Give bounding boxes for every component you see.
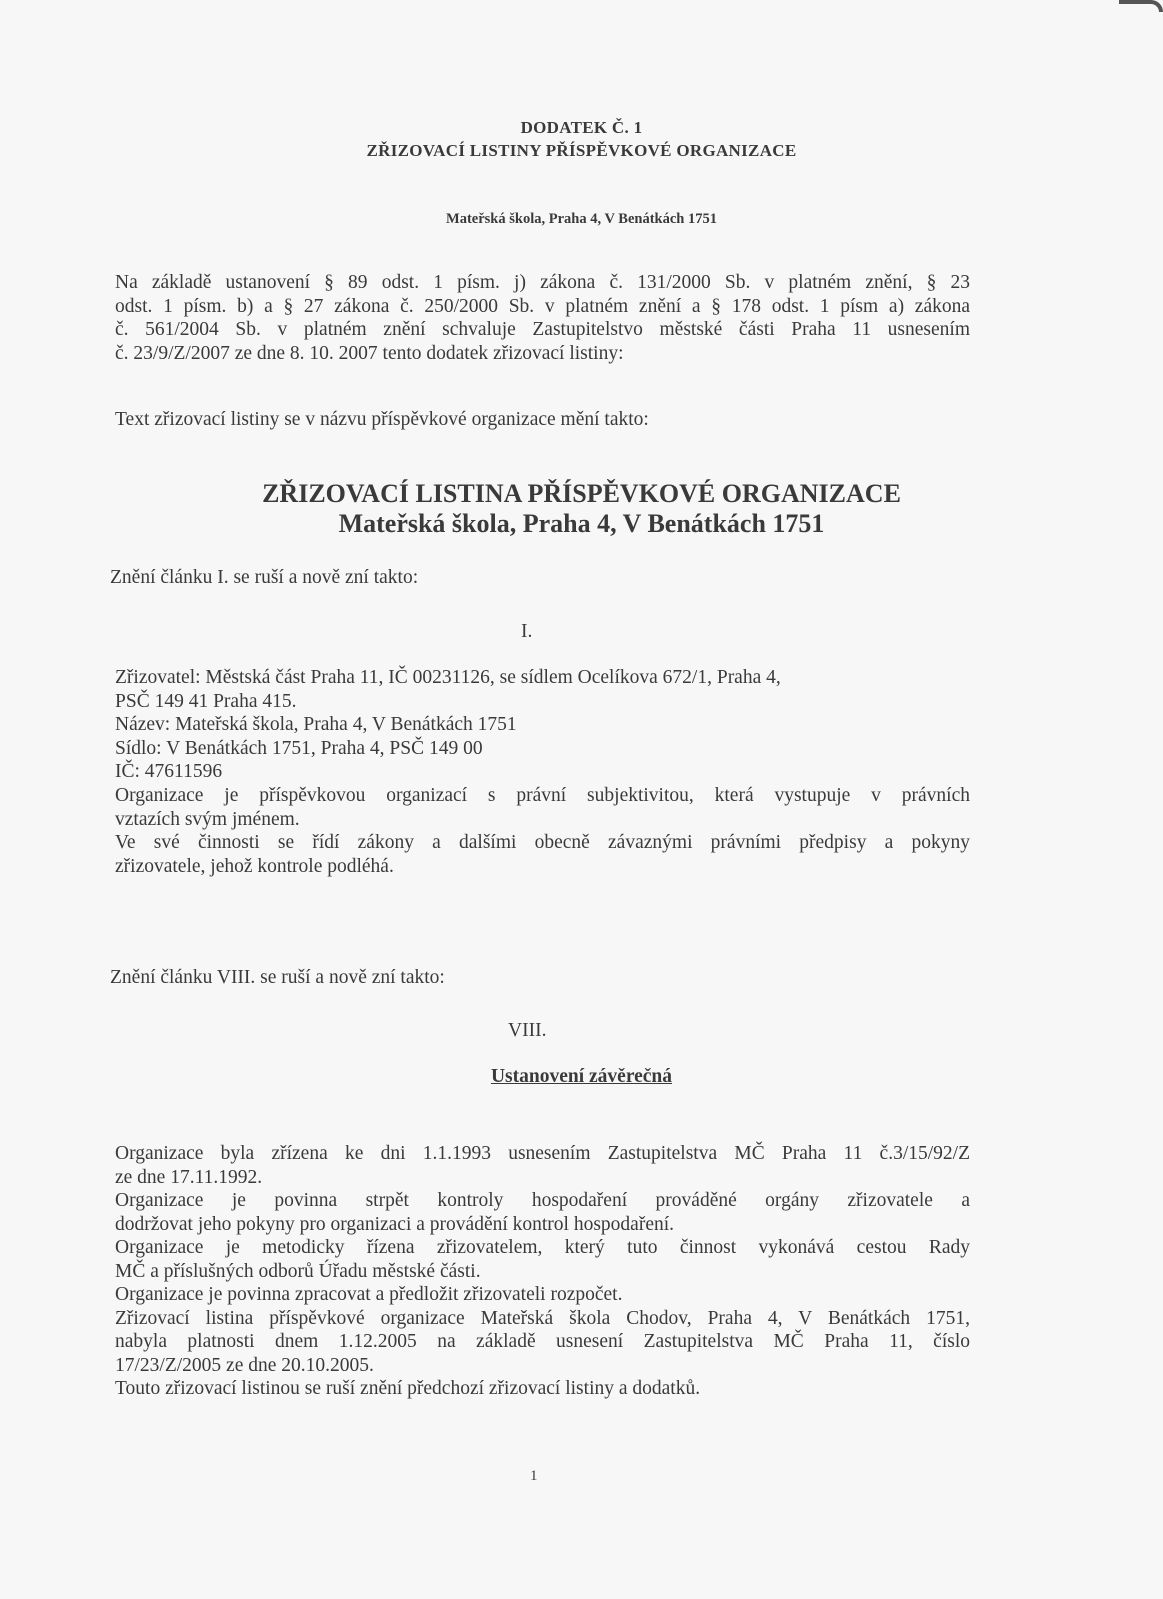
article1-line: Název: Mateřská škola, Praha 4, V Benátk… bbox=[115, 713, 895, 737]
article1-numeral: I. bbox=[521, 621, 532, 643]
article8-line: Touto zřizovací listinou se ruší znění p… bbox=[115, 1377, 970, 1401]
addendum-subtitle: ZŘIZOVACÍ LISTINY PŘÍSPĚVKOVÉ ORGANIZACE bbox=[0, 141, 1163, 161]
article8-numeral: VIII. bbox=[508, 1020, 546, 1042]
article8-line: nabyla platnosti dnem 1.12.2005 na zákla… bbox=[115, 1330, 970, 1354]
article1-body-cont: Organizace je příspěvkovou organizací s … bbox=[115, 784, 970, 878]
article8-line: Organizace je povinna strpět kontroly ho… bbox=[115, 1189, 970, 1213]
article8-line: dodržovat jeho pokyny pro organizaci a p… bbox=[115, 1213, 970, 1237]
addendum-title: DODATEK Č. 1 bbox=[0, 118, 1163, 138]
new-title-line1: ZŘIZOVACÍ LISTINA PŘÍSPĚVKOVÉ ORGANIZACE bbox=[0, 478, 1163, 510]
article8-line: ze dne 17.11.1992. bbox=[115, 1166, 970, 1190]
article1-line: Organizace je příspěvkovou organizací s … bbox=[115, 784, 970, 808]
school-name: Mateřská škola, Praha 4, V Benátkách 175… bbox=[0, 211, 1163, 228]
article8-heading: Ustanovení závěrečná bbox=[0, 1066, 1163, 1088]
name-change-note: Text zřizovací listiny se v názvu příspě… bbox=[115, 408, 649, 432]
article1-line: IČ: 47611596 bbox=[115, 760, 895, 784]
article8-line: 17/23/Z/2005 ze dne 20.10.2005. bbox=[115, 1354, 970, 1378]
intro-paragraph: Na základě ustanovení § 89 odst. 1 písm.… bbox=[115, 271, 970, 365]
article1-line: Sídlo: V Benátkách 1751, Praha 4, PSČ 14… bbox=[115, 737, 895, 761]
intro-line: č. 561/2004 Sb. v platném znění schvaluj… bbox=[115, 318, 970, 342]
intro-line: č. 23/9/Z/2007 ze dne 8. 10. 2007 tento … bbox=[115, 342, 970, 366]
intro-line: odst. 1 písm. b) a § 27 zákona č. 250/20… bbox=[115, 295, 970, 319]
article8-body: Organizace byla zřízena ke dni 1.1.1993 … bbox=[115, 1142, 970, 1401]
article8-line: Zřizovací listina příspěvkové organizace… bbox=[115, 1307, 970, 1331]
article1-line: Zřizovatel: Městská část Praha 11, IČ 00… bbox=[115, 666, 895, 690]
page-corner-edge bbox=[1119, 0, 1163, 12]
article8-line: Organizace je povinna zpracovat a předlo… bbox=[115, 1283, 970, 1307]
article1-line: PSČ 149 41 Praha 415. bbox=[115, 690, 895, 714]
article1-intro: Znění článku I. se ruší a nově zní takto… bbox=[110, 566, 418, 590]
article8-intro: Znění článku VIII. se ruší a nově zní ta… bbox=[110, 966, 445, 990]
intro-line: Na základě ustanovení § 89 odst. 1 písm.… bbox=[115, 271, 970, 295]
article1-line: Ve své činnosti se řídí zákony a dalšími… bbox=[115, 831, 970, 855]
article8-line: MČ a příslušných odborů Úřadu městské čá… bbox=[115, 1260, 970, 1284]
article1-line: zřizovatele, jehož kontrole podléhá. bbox=[115, 855, 970, 879]
article8-line: Organizace je metodicky řízena zřizovate… bbox=[115, 1236, 970, 1260]
document-page: DODATEK Č. 1 ZŘIZOVACÍ LISTINY PŘÍSPĚVKO… bbox=[0, 0, 1163, 1599]
article8-line: Organizace byla zřízena ke dni 1.1.1993 … bbox=[115, 1142, 970, 1166]
article1-line: vztazích svým jménem. bbox=[115, 808, 970, 832]
new-title-line2: Mateřská škola, Praha 4, V Benátkách 175… bbox=[0, 508, 1163, 540]
article1-body: Zřizovatel: Městská část Praha 11, IČ 00… bbox=[115, 666, 895, 784]
page-number: 1 bbox=[530, 1468, 538, 1485]
